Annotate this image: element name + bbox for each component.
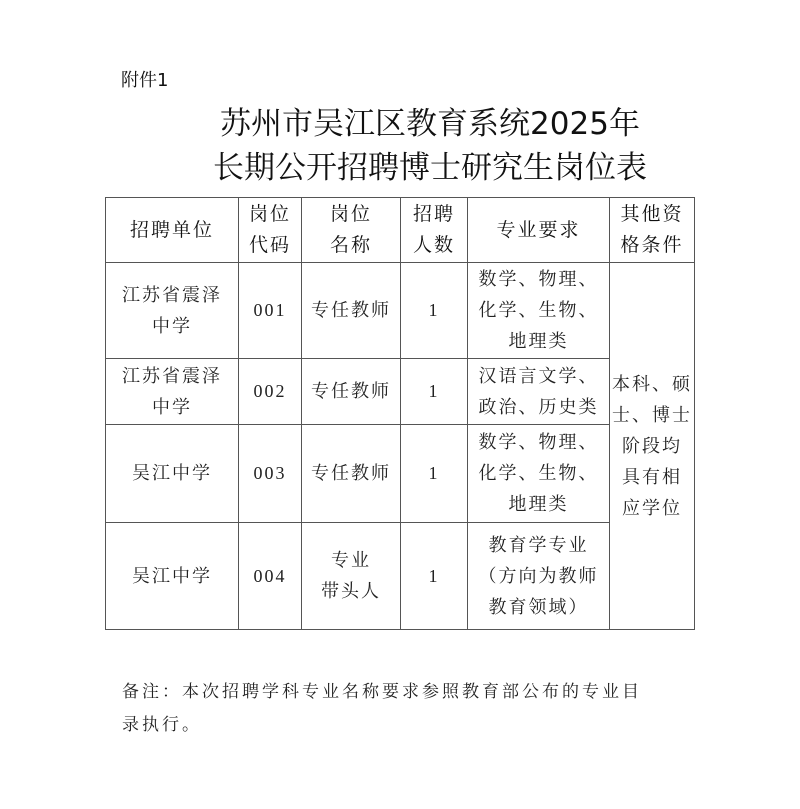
cell-code: 002: [239, 359, 302, 425]
positions-table: 招聘单位 岗位代码 岗位名称 招聘人数 专业要求 其他资格条件 江苏省震泽中学 …: [105, 197, 695, 630]
cell-code: 003: [239, 425, 302, 523]
cell-code: 001: [239, 263, 302, 359]
cell-count: 1: [401, 425, 468, 523]
cell-other-conditions: 本科、硕 士、博士 阶段均 具有相 应学位: [610, 263, 695, 630]
cell-position: 专任教师: [302, 359, 401, 425]
header-headcount: 招聘人数: [401, 198, 468, 263]
page-title-line-1: 苏州市吴江区教育系统2025年: [30, 98, 800, 143]
cell-count: 1: [401, 523, 468, 630]
table-header-row: 招聘单位 岗位代码 岗位名称 招聘人数 专业要求 其他资格条件: [106, 198, 695, 263]
header-position-code: 岗位代码: [239, 198, 302, 263]
cell-major: 教育学专业（方向为教师教育领域）: [468, 523, 610, 630]
cell-count: 1: [401, 263, 468, 359]
cell-major: 数学、物理、化学、生物、地理类: [468, 263, 610, 359]
cell-count: 1: [401, 359, 468, 425]
cell-unit: 江苏省震泽中学: [106, 359, 239, 425]
table-row: 江苏省震泽中学 002 专任教师 1 汉语言文学、政治、历史类: [106, 359, 695, 425]
cell-unit: 江苏省震泽中学: [106, 263, 239, 359]
attachment-label: 附件1: [121, 66, 168, 92]
header-other-conditions: 其他资格条件: [610, 198, 695, 263]
cell-unit: 吴江中学: [106, 523, 239, 630]
cell-position: 专业带头人: [302, 523, 401, 630]
footnote: 备注：本次招聘学科专业名称要求参照教育部公布的专业目 录执行。: [122, 676, 702, 742]
cell-major: 汉语言文学、政治、历史类: [468, 359, 610, 425]
cell-unit: 吴江中学: [106, 425, 239, 523]
table-row: 江苏省震泽中学 001 专任教师 1 数学、物理、化学、生物、地理类 本科、硕 …: [106, 263, 695, 359]
page-title-line-2: 长期公开招聘博士研究生岗位表: [30, 142, 800, 187]
footnote-line-2: 录执行。: [122, 709, 702, 742]
cell-position: 专任教师: [302, 263, 401, 359]
table-row: 吴江中学 003 专任教师 1 数学、物理、化学、生物、地理类: [106, 425, 695, 523]
footnote-line-1: 备注：本次招聘学科专业名称要求参照教育部公布的专业目: [122, 676, 702, 709]
header-recruiting-unit: 招聘单位: [106, 198, 239, 263]
header-position-name: 岗位名称: [302, 198, 401, 263]
cell-position: 专任教师: [302, 425, 401, 523]
table-row: 吴江中学 004 专业带头人 1 教育学专业（方向为教师教育领域）: [106, 523, 695, 630]
cell-major: 数学、物理、化学、生物、地理类: [468, 425, 610, 523]
cell-code: 004: [239, 523, 302, 630]
header-major-requirements: 专业要求: [468, 198, 610, 263]
